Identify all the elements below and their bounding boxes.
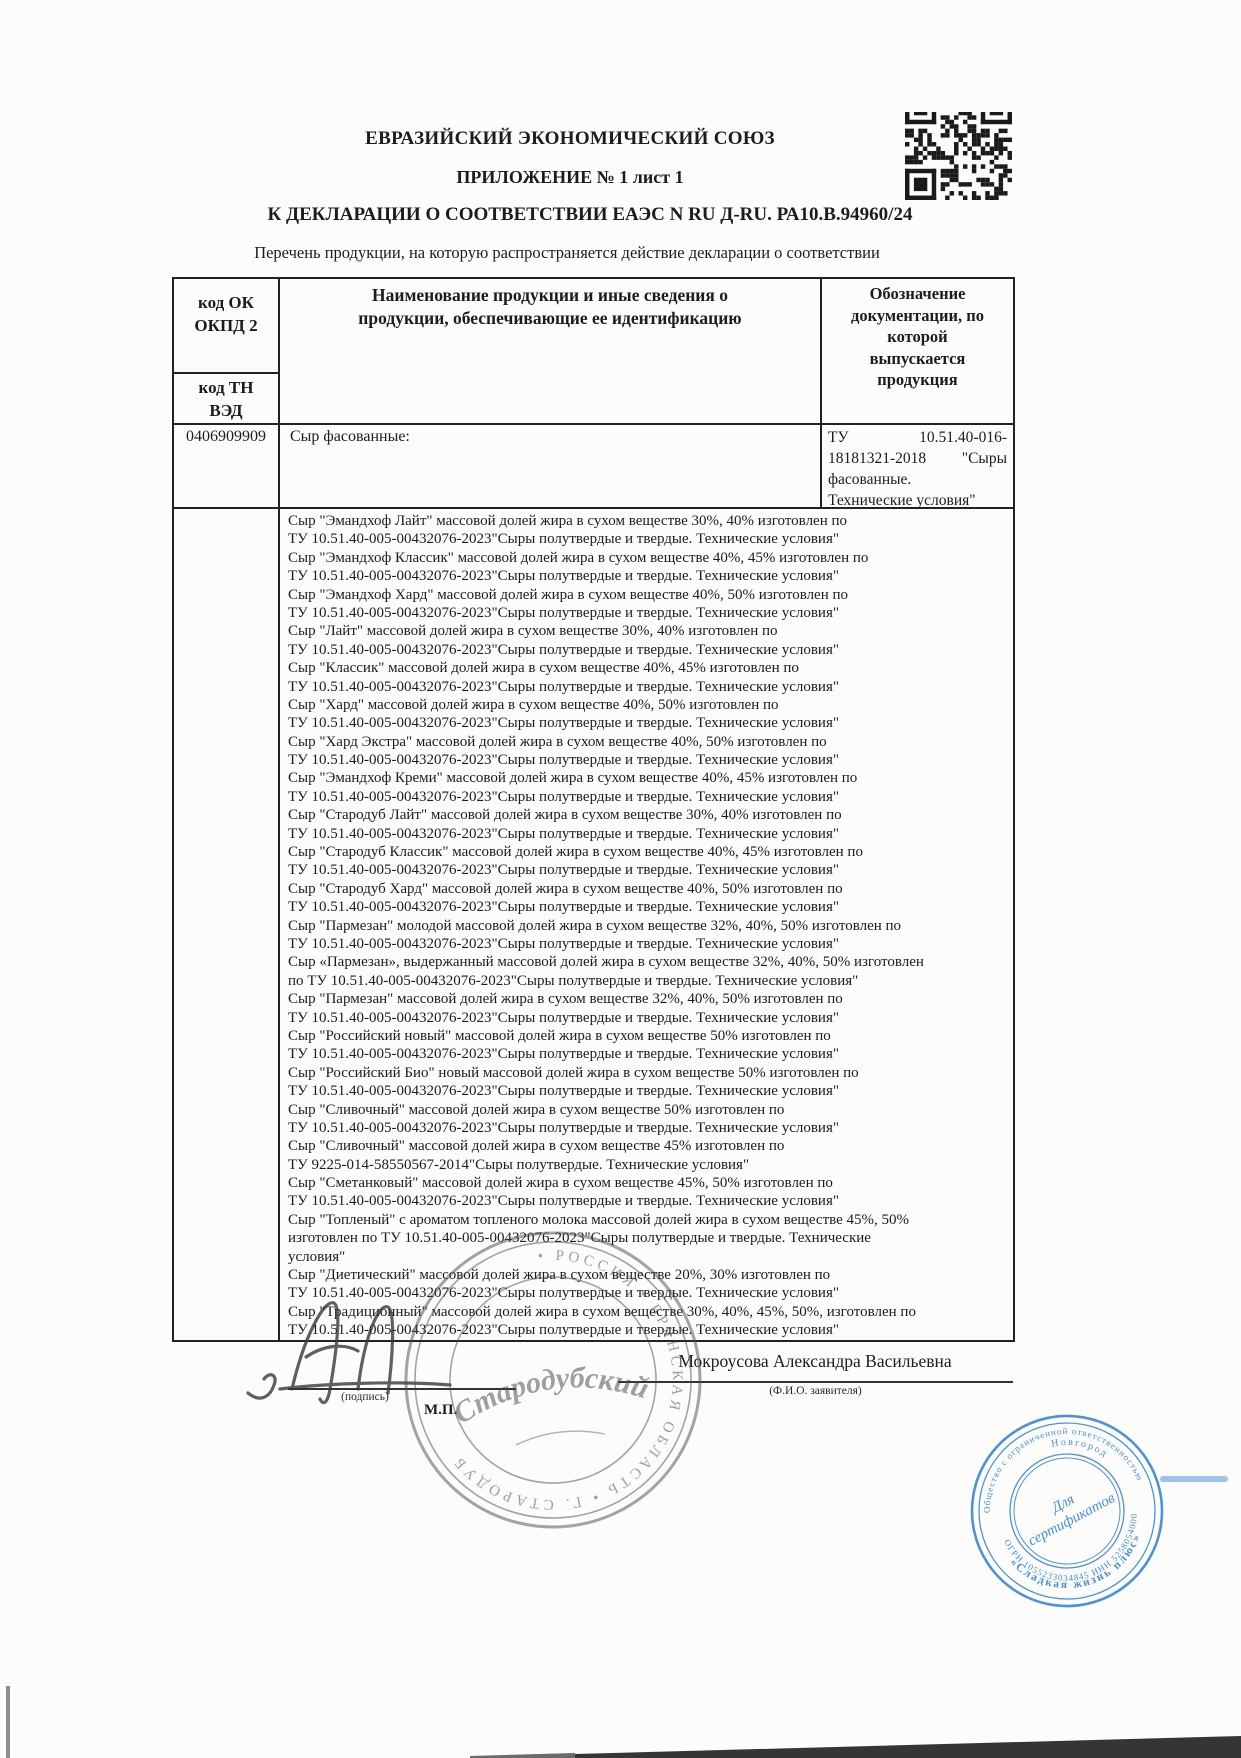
row1-doc: ТУ 10.51.40-016- 18181321-2018 "Сыры фас… bbox=[821, 427, 1014, 511]
body-line: Сыр "Стародуб Лайт" массовой долей жира … bbox=[288, 806, 1013, 824]
body-line: Сыр «Пармезан», выдержанный массовой дол… bbox=[288, 953, 1013, 971]
body-line: ТУ 9225-014-58550567-2014"Сыры полутверд… bbox=[288, 1156, 1013, 1174]
body-line: ТУ 10.51.40-005-00432076-2023"Сыры полут… bbox=[288, 1045, 1013, 1063]
table-hline-header bbox=[172, 423, 1015, 425]
table-hline-col1sub bbox=[172, 372, 278, 374]
body-line: ТУ 10.51.40-005-00432076-2023"Сыры полут… bbox=[288, 714, 1013, 732]
body-line: Сыр "Российский Био" новый массовой доле… bbox=[288, 1064, 1013, 1082]
annex-title: ПРИЛОЖЕНИЕ № 1 лист 1 bbox=[230, 167, 910, 188]
round-blue-stamp: Общество с ограниченной ответственностью… bbox=[948, 1392, 1185, 1629]
body-line: ТУ 10.51.40-005-00432076-2023"Сыры полут… bbox=[288, 1082, 1013, 1100]
scan-edge-artifact-bottom bbox=[0, 1728, 1241, 1758]
body-line: Сыр "Хард Экстра" массовой долей жира в … bbox=[288, 733, 1013, 751]
row1-doc-line: Технические условия" bbox=[821, 490, 1014, 511]
body-line: Сыр "Эмандхоф Классик" массовой долей жи… bbox=[288, 549, 1013, 567]
body-line: Сыр "Стародуб Хард" массовой долей жира … bbox=[288, 880, 1013, 898]
body-line: ТУ 10.51.40-005-00432076-2023"Сыры полут… bbox=[288, 604, 1013, 622]
body-line: по ТУ 10.51.40-005-00432076-2023"Сыры по… bbox=[288, 972, 1013, 990]
svg-text:Стародубский: Стародубский bbox=[444, 1351, 656, 1432]
body-line: Сыр "Сливочный" массовой долей жира в су… bbox=[288, 1101, 1013, 1119]
body-line: Сыр "Стародуб Классик" массовой долей жи… bbox=[288, 843, 1013, 861]
subtitle: Перечень продукции, на которую распростр… bbox=[167, 243, 967, 263]
col-header-docs: Обозначение документации, по которой вып… bbox=[824, 283, 1011, 391]
body-line: Сыр "Эмандхоф Лайт" массовой долей жира … bbox=[288, 512, 1013, 530]
row1-doc-line: фасованные. bbox=[821, 469, 1014, 490]
body-line: Сыр "Лайт" массовой долей жира в сухом в… bbox=[288, 622, 1013, 640]
body-line: ТУ 10.51.40-005-00432076-2023"Сыры полут… bbox=[288, 678, 1013, 696]
row1-product-name: Сыр фасованные: bbox=[290, 428, 810, 446]
body-line: ТУ 10.51.40-005-00432076-2023"Сыры полут… bbox=[288, 751, 1013, 769]
body-line: Сыр "Сливочный" массовой долей жира в су… bbox=[288, 1137, 1013, 1155]
body-line: ТУ 10.51.40-005-00432076-2023"Сыры полут… bbox=[288, 1192, 1013, 1210]
body-line: Сыр "Сметанковый" массовой долей жира в … bbox=[288, 1174, 1013, 1192]
row1-code: 0406909909 bbox=[174, 428, 278, 446]
col-header-product: Наименование продукции и иные сведения о… bbox=[290, 284, 810, 330]
col-header-tnved: код ТН ВЭД bbox=[174, 376, 278, 422]
stamp-center-text: Стародубский bbox=[444, 1351, 656, 1432]
body-line: Сыр "Эмандхоф Хард" массовой долей жира … bbox=[288, 586, 1013, 604]
body-line: ТУ 10.51.40-005-00432076-2023"Сыры полут… bbox=[288, 935, 1013, 953]
body-line: ТУ 10.51.40-005-00432076-2023"Сыры полут… bbox=[288, 788, 1013, 806]
declaration-title: К ДЕКЛАРАЦИИ О СООТВЕТСТВИИ ЕАЭС N RU Д-… bbox=[150, 204, 1030, 226]
table-vline-col1 bbox=[278, 277, 280, 1342]
body-line: Сыр "Хард" массовой долей жира в сухом в… bbox=[288, 696, 1013, 714]
body-line: Сыр "Пармезан" массовой долей жира в сух… bbox=[288, 990, 1013, 1008]
page-title: ЕВРАЗИЙСКИЙ ЭКОНОМИЧЕСКИЙ СОЮЗ bbox=[230, 128, 910, 150]
body-line: ТУ 10.51.40-005-00432076-2023"Сыры полут… bbox=[288, 530, 1013, 548]
col-header-okpd: код ОК ОКПД 2 bbox=[174, 291, 278, 337]
body-line: Сыр "Пармезан" молодой массовой долей жи… bbox=[288, 917, 1013, 935]
body-line: ТУ 10.51.40-005-00432076-2023"Сыры полут… bbox=[288, 1009, 1013, 1027]
blue-ink-smudge bbox=[1160, 1476, 1228, 1482]
body-line: ТУ 10.51.40-005-00432076-2023"Сыры полут… bbox=[288, 641, 1013, 659]
row1-doc-line: 18181321-2018 "Сыры bbox=[821, 448, 1014, 469]
row1-doc-line: ТУ 10.51.40-016- bbox=[821, 427, 1014, 448]
body-line: ТУ 10.51.40-005-00432076-2023"Сыры полут… bbox=[288, 1119, 1013, 1137]
body-line: ТУ 10.51.40-005-00432076-2023"Сыры полут… bbox=[288, 898, 1013, 916]
qr-code-icon bbox=[905, 112, 1012, 200]
document-page: ЕВРАЗИЙСКИЙ ЭКОНОМИЧЕСКИЙ СОЮЗ ПРИЛОЖЕНИ… bbox=[0, 0, 1241, 1758]
body-line: Сыр "Российский новый" массовой долей жи… bbox=[288, 1027, 1013, 1045]
body-line: ТУ 10.51.40-005-00432076-2023"Сыры полут… bbox=[288, 567, 1013, 585]
round-black-stamp: • РОССИЯ • БРЯНСКАЯ ОБЛАСТЬ • Г. СТАРОДУ… bbox=[380, 1207, 725, 1552]
body-line: ТУ 10.51.40-005-00432076-2023"Сыры полут… bbox=[288, 861, 1013, 879]
body-line: Сыр "Эмандхоф Креми" массовой долей жира… bbox=[288, 769, 1013, 787]
body-line: ТУ 10.51.40-005-00432076-2023"Сыры полут… bbox=[288, 825, 1013, 843]
body-line: Сыр "Классик" массовой долей жира в сухо… bbox=[288, 659, 1013, 677]
